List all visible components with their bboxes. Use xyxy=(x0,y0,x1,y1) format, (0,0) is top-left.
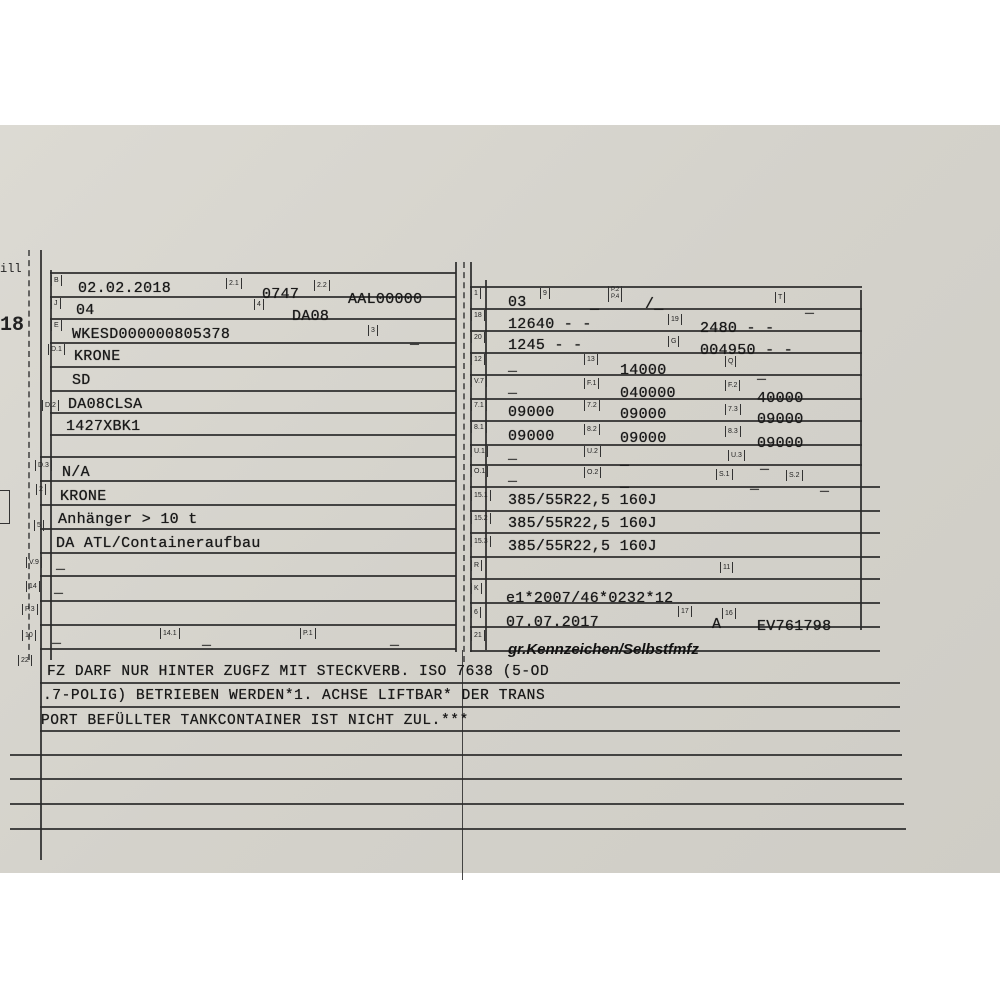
tyre-axle-1: 385/55R22,5 160J xyxy=(508,492,657,509)
field-label: 11 xyxy=(720,562,733,573)
field-label: D.3 xyxy=(35,460,52,471)
line xyxy=(470,486,880,488)
field-label: 4 xyxy=(254,299,264,310)
edge-box xyxy=(0,490,10,524)
divider xyxy=(462,650,463,880)
o2-value: _ xyxy=(620,474,629,491)
field-label: 16 xyxy=(722,608,736,619)
axle-load-73: 09000 xyxy=(757,411,804,428)
f141-value: _ xyxy=(202,632,211,649)
line xyxy=(470,556,880,558)
axle-load-71: 09000 xyxy=(508,404,555,421)
line xyxy=(10,754,902,756)
line xyxy=(50,272,456,274)
field-label: P.1 xyxy=(300,628,316,639)
line xyxy=(470,286,862,288)
line xyxy=(40,682,900,684)
u2-value: _ xyxy=(620,452,629,469)
field-label: 12 xyxy=(471,354,485,365)
field-label: 5 xyxy=(34,520,44,531)
line xyxy=(40,624,456,626)
p1-value: _ xyxy=(390,632,399,649)
line xyxy=(40,730,900,732)
type-code: AAL00000 xyxy=(348,291,422,308)
field-label: 15.3 xyxy=(471,536,491,547)
width-value: 2480 - - xyxy=(700,320,774,337)
field-label: 18 xyxy=(471,310,485,321)
edge-marks: ill xyxy=(0,262,22,276)
line xyxy=(10,778,902,780)
trade-name: N/A xyxy=(62,464,90,481)
field-label: 1 xyxy=(471,288,481,299)
field-label: 15.1 xyxy=(471,490,491,501)
seats-value: 03 xyxy=(508,294,527,311)
field-label: 14.1 xyxy=(160,628,180,639)
field-label: J xyxy=(51,298,61,309)
left-margin-dash xyxy=(28,250,30,660)
field-label: 8.3 xyxy=(725,426,741,437)
u1-value: _ xyxy=(508,446,517,463)
field-label: 2.1 xyxy=(226,278,242,289)
page-number: 18 xyxy=(0,314,24,337)
stamp-label: gr.Kennzeichen/Selbstfmfz xyxy=(508,641,699,658)
o1-value: _ xyxy=(508,468,517,485)
field-label: 6 xyxy=(471,607,481,618)
field-label: 21 xyxy=(471,630,485,641)
p-value: /_ xyxy=(645,296,664,313)
field-label: F.2 xyxy=(725,380,740,391)
field-label: 8.2 xyxy=(584,424,600,435)
field-label: U.2 xyxy=(584,446,601,457)
line xyxy=(470,532,880,534)
field-label: D.2 xyxy=(42,400,59,411)
left-border xyxy=(40,250,42,860)
length-value: 12640 - - xyxy=(508,316,592,333)
f10-value: _ xyxy=(52,630,61,647)
field-label: 8.1 xyxy=(471,422,487,433)
line xyxy=(40,600,456,602)
line xyxy=(10,803,904,805)
field-label: O.1 xyxy=(471,466,488,477)
f13-value: 14000 xyxy=(620,362,667,379)
body-type: DA ATL/Containeraufbau xyxy=(56,535,261,552)
field-label: D.1 xyxy=(48,344,65,355)
t-value: _ xyxy=(805,300,814,317)
vehicle-type: Anhänger > 10 t xyxy=(58,511,198,528)
field-label: 7.1 xyxy=(471,400,487,411)
manufacturer-code: 0747 xyxy=(262,286,299,303)
remark-line-1: FZ DARF NUR HINTER ZUGFZ MIT STECKVERB. … xyxy=(47,664,549,680)
type-approval-number: e1*2007/46*0232*12 xyxy=(506,590,673,607)
field-label: U.3 xyxy=(728,450,745,461)
field-label: R xyxy=(471,560,482,571)
first-registration-date: 02.02.2018 xyxy=(78,280,171,297)
document-number: EV761798 xyxy=(757,618,831,635)
line xyxy=(40,552,456,554)
field-label: Q xyxy=(725,356,736,367)
field-label: 9 xyxy=(540,288,550,299)
field-label: G xyxy=(668,336,679,347)
field-label: F.1 xyxy=(584,378,599,389)
line xyxy=(470,308,862,310)
field-label: T xyxy=(775,292,785,303)
line xyxy=(50,390,456,392)
tyre-axle-2: 385/55R22,5 160J xyxy=(508,515,657,532)
vehicle-class: 04 xyxy=(76,302,95,319)
field-label: 14 xyxy=(26,581,40,592)
field-label: B xyxy=(51,275,62,286)
v9-value: _ xyxy=(56,556,65,573)
line xyxy=(40,706,900,708)
approval-date: 07.07.2017 xyxy=(506,614,599,631)
line xyxy=(10,828,906,830)
line xyxy=(470,464,862,466)
field-label: 3 xyxy=(368,325,378,336)
line xyxy=(50,318,456,320)
field-label: V.7 xyxy=(471,376,487,387)
axle-load-72: 09000 xyxy=(620,406,667,423)
field-label: 7.2 xyxy=(584,400,600,411)
check-digit: _ xyxy=(410,331,419,348)
mass-value: 004950 - - xyxy=(700,342,793,359)
field-label: O.2 xyxy=(584,467,601,478)
field-label: U.1 xyxy=(471,446,488,457)
line xyxy=(470,578,880,580)
field-label: 10 xyxy=(22,630,36,641)
axle-load-83: 09000 xyxy=(757,435,804,452)
field-label: 7.3 xyxy=(725,404,741,415)
vin: WKESD000000805378 xyxy=(72,326,230,343)
line xyxy=(50,366,456,368)
tyre-axle-3: 385/55R22,5 160J xyxy=(508,538,657,555)
version: 1427XBK1 xyxy=(66,418,140,435)
f1-value: 040000 xyxy=(620,385,676,402)
vehicle-registration-document xyxy=(0,125,1000,873)
field-label: 2.2 xyxy=(314,280,330,291)
field-label: 22 xyxy=(18,655,32,666)
v7-value: _ xyxy=(508,380,517,397)
q-value: _ xyxy=(757,366,766,383)
f2-value: 40000 xyxy=(757,390,804,407)
f9-value: _ xyxy=(590,296,599,313)
manufacturer: KRONE xyxy=(60,488,107,505)
field-label: V.9 xyxy=(26,557,42,568)
field-label: S.1 xyxy=(716,469,733,480)
field-label: P.2 P.4 xyxy=(608,286,622,302)
axle-load-81: 09000 xyxy=(508,428,555,445)
field-label: E xyxy=(51,320,62,331)
line xyxy=(40,528,456,530)
type-variant: DA08CLSA xyxy=(68,396,142,413)
line xyxy=(40,575,456,577)
height-value: 1245 - - xyxy=(508,337,582,354)
f12-value: _ xyxy=(508,358,517,375)
mid-dash xyxy=(463,262,465,662)
field-label: S.2 xyxy=(786,470,803,481)
f14-value: _ xyxy=(54,580,63,597)
field-label: 15.2 xyxy=(471,513,491,524)
field-label: 20 xyxy=(471,332,485,343)
field-label: 13 xyxy=(584,354,598,365)
u3-value: _ xyxy=(760,456,769,473)
f17-value: A xyxy=(712,616,721,633)
brand-model: SD xyxy=(72,372,91,389)
s1-value: _ xyxy=(750,476,759,493)
field-label: 19 xyxy=(668,314,682,325)
field-label: 2 xyxy=(36,484,46,495)
brand: KRONE xyxy=(74,348,121,365)
line xyxy=(470,510,880,512)
s2-value: _ xyxy=(820,478,829,495)
field-label: 17 xyxy=(678,606,692,617)
remark-line-3: PORT BEFÜLLTER TANKCONTAINER IST NICHT Z… xyxy=(41,713,469,729)
line xyxy=(40,480,456,482)
type-value: DA08 xyxy=(292,308,329,325)
field-label: K xyxy=(471,583,482,594)
field-label: P.3 xyxy=(22,604,38,615)
remark-line-2: .7-POLIG) BETRIEBEN WERDEN*1. ACHSE LIFT… xyxy=(43,688,545,704)
axle-load-82: 09000 xyxy=(620,430,667,447)
line xyxy=(40,456,456,458)
